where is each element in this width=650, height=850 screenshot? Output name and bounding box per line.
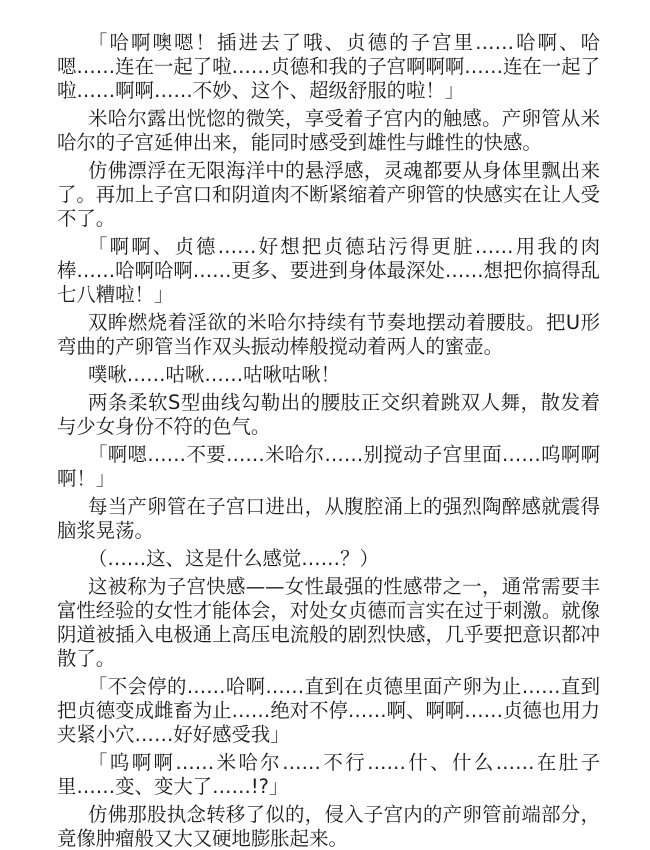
paragraph: 每当产卵管在子宫口进出，从腹腔涌上的强烈陶醉感就震得脑浆晃荡。: [57, 495, 600, 543]
paragraph: 「呜啊啊……米哈尔……不行……什、什么……在肚子里……变、变大了……!?」: [57, 751, 600, 799]
paragraph: 仿佛漂浮在无限海洋中的悬浮感，灵魂都要从身体里飘出来了。再加上子宫口和阴道肉不断…: [57, 159, 600, 231]
paragraph: 「啊嗯……不要……米哈尔……别搅动子宫里面……呜啊啊啊！」: [57, 443, 600, 491]
paragraph: 噗啾……咕啾……咕啾咕啾！: [57, 363, 600, 387]
paragraph: 仿佛那股执念转移了似的，侵入子宫内的产卵管前端部分，竟像肿瘤般又大又硬地膨胀起来…: [57, 803, 600, 850]
paragraph: 米哈尔露出恍惚的微笑，享受着子宫内的触感。产卵管从米哈尔的子宫延伸出来，能同时感…: [57, 107, 600, 155]
paragraph: 「哈啊噢嗯！插进去了哦、贞德的子宫里……哈啊、哈嗯……连在一起了啦……贞德和我的…: [57, 31, 600, 103]
novel-text-page: 「哈啊噢嗯！插进去了哦、贞德的子宫里……哈啊、哈嗯……连在一起了啦……贞德和我的…: [0, 0, 650, 850]
paragraph: （……这、这是什么感觉……？）: [57, 547, 600, 571]
paragraph: 两条柔软S型曲线勾勒出的腰肢正交织着跳双人舞，散发着与少女身份不符的色气。: [57, 391, 600, 439]
paragraph: 「不会停的……哈啊……直到在贞德里面产卵为止……直到把贞德变成雌畜为止……绝对不…: [57, 675, 600, 747]
paragraph: 这被称为子宫快感——女性最强的性感带之一，通常需要丰富性经验的女性才能体会，对处…: [57, 575, 600, 671]
paragraph: 双眸燃烧着淫欲的米哈尔持续有节奏地摆动着腰肢。把U形弯曲的产卵管当作双头振动棒般…: [57, 311, 600, 359]
paragraph: 「啊啊、贞德……好想把贞德玷污得更脏……用我的肉棒……哈啊哈啊……更多、要进到身…: [57, 235, 600, 307]
